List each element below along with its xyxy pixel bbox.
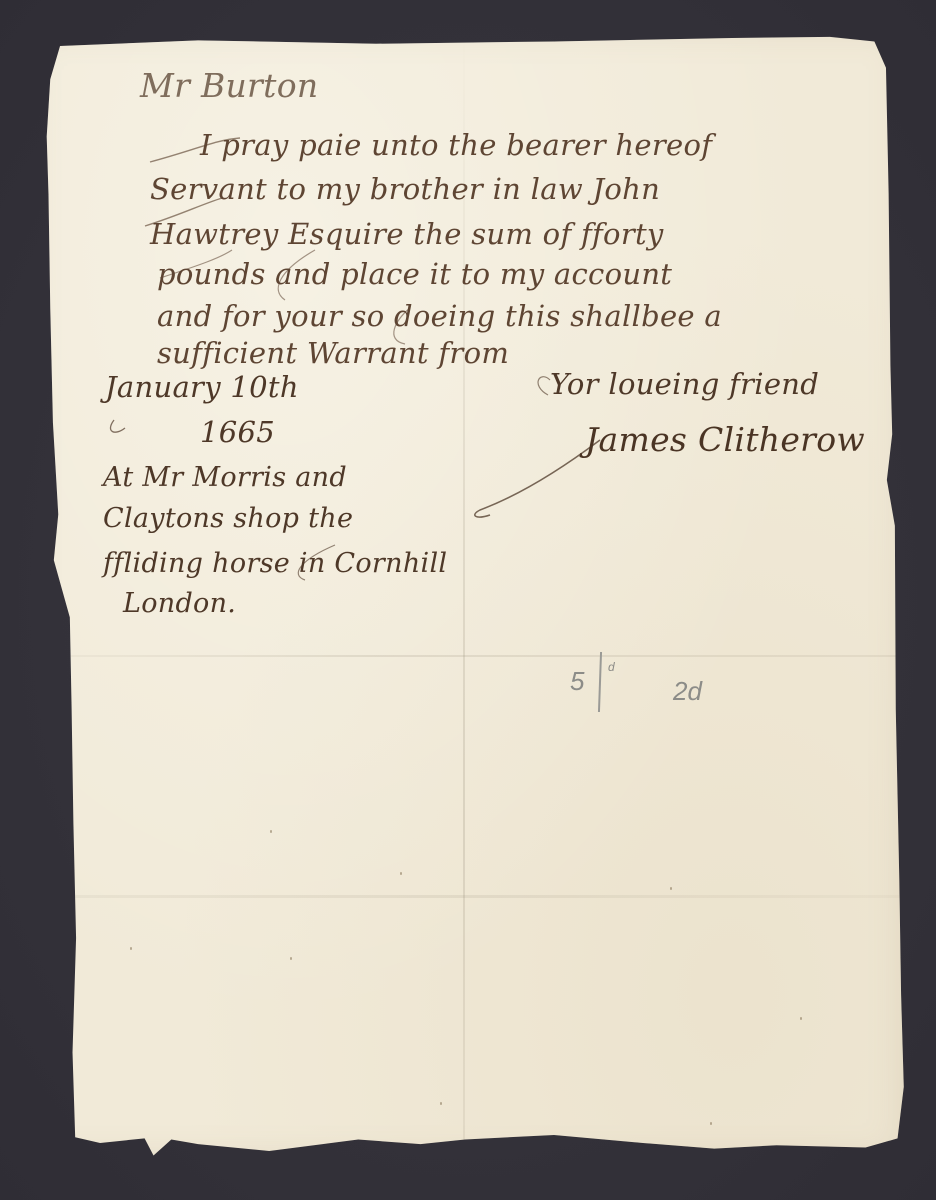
letter-address-line: Claytons shop the [103, 503, 353, 534]
letter-body-line: and for your so doeing this shallbee a [157, 299, 722, 333]
letter-closing: Yor loueing friend [550, 367, 819, 401]
letter-date-year: 1665 [200, 415, 275, 449]
letter-address-line: London. [123, 588, 236, 619]
paper-speck [800, 1017, 802, 1020]
letter-address-line: ffliding horse in Cornhill [103, 548, 447, 579]
letter-body-line: Servant to my brother in law John [150, 172, 660, 206]
paper-speck [290, 957, 292, 960]
letter-body-line: I pray paie unto the bearer hereof [200, 128, 712, 162]
letter-body-line: Hawtrey Esquire the sum of fforty [150, 217, 664, 251]
letter-signature: James Clitherow [585, 420, 865, 459]
horizontal-fold-line-upper [20, 655, 910, 657]
letter-date-month-day: January 10th [105, 370, 299, 404]
paper-speck [270, 830, 272, 833]
letter-salutation: Mr Burton [140, 66, 318, 105]
pencil-shelfmark: 5 [570, 666, 584, 697]
paper-speck [710, 1122, 712, 1125]
horizontal-fold-line-lower [20, 895, 910, 898]
pencil-folio-number: 2d [673, 676, 702, 707]
letter-body-line: pounds and place it to my account [157, 257, 672, 291]
paper-speck [440, 1102, 442, 1105]
pencil-shelfmark-superscript: d [608, 660, 615, 674]
letter-address-line: At Mr Morris and [103, 462, 347, 493]
paper-speck [400, 872, 402, 875]
letter-body-line: sufficient Warrant from [157, 336, 509, 370]
paper-speck [130, 947, 132, 950]
paper-speck [670, 887, 672, 890]
